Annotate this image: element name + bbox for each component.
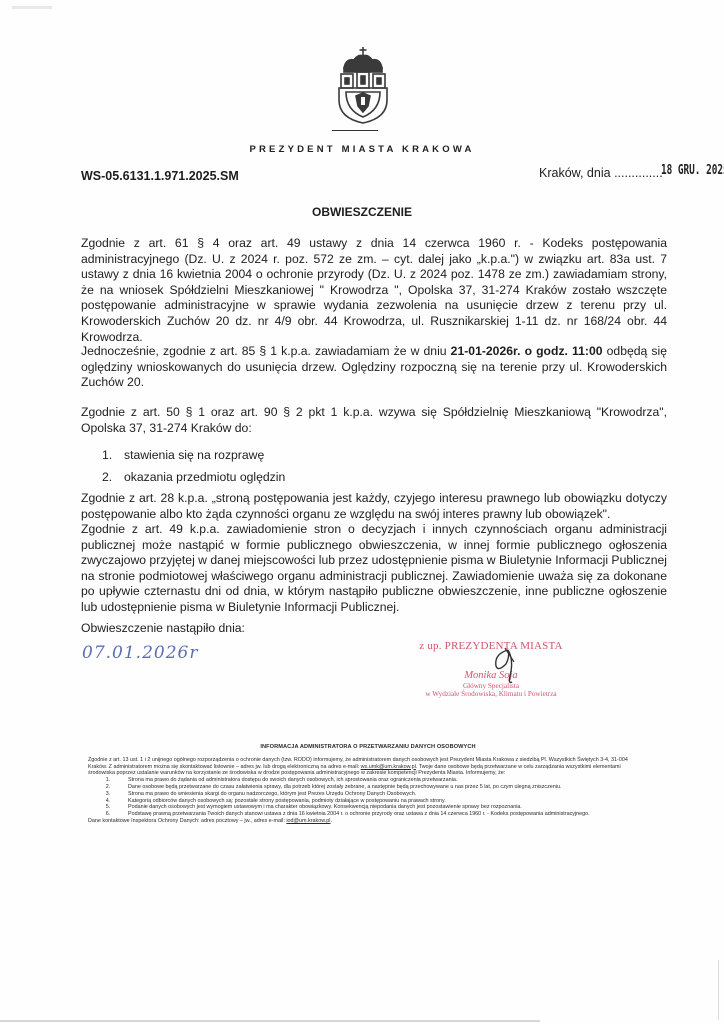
date-stamp: 18 GRU. 2025 xyxy=(661,163,724,178)
paragraph-text: Zgodnie z art. 49 k.p.a. zawiadomienie s… xyxy=(81,522,667,616)
text-span: . xyxy=(330,818,332,824)
item-text: Strona ma prawo do żądania od administra… xyxy=(128,777,648,784)
item-number: 3. xyxy=(88,791,128,798)
list-text: okazania przedmiotu oględzin xyxy=(124,470,285,484)
posted-label: Obwieszczenie nastąpiło dnia: xyxy=(81,621,667,637)
item-text: Kategorią odbiorców danych osobowych są:… xyxy=(128,798,648,805)
scan-edge xyxy=(718,960,719,1020)
institution-name: PREZYDENT MIASTA KRAKOWA xyxy=(0,144,724,155)
item-number: 5. xyxy=(88,804,128,811)
list-text: stawienia się na rozprawę xyxy=(124,448,264,462)
dpo-email-link[interactable]: iod@um.krakow.pl xyxy=(286,818,330,824)
gdpr-item: 6.Podstawę prawną przetwarzania Twoich d… xyxy=(88,811,648,818)
list-item: 2.okazania przedmiotu oględzin xyxy=(102,470,285,484)
paragraph-text: Zgodnie z art. 61 § 4 oraz art. 49 ustaw… xyxy=(81,236,667,345)
item-text: Dane osobowe będą przetwarzane do czasu … xyxy=(128,784,648,791)
document-page: PREZYDENT MIASTA KRAKOWA WS-05.6131.1.97… xyxy=(0,0,724,1024)
scan-edge xyxy=(0,1020,540,1022)
item-number: 4. xyxy=(88,798,128,805)
gdpr-item: 4.Kategorią odbiorców danych osobowych s… xyxy=(88,798,648,805)
item-text: Podanie danych osobowych jest wymogiem u… xyxy=(128,804,648,811)
paragraph-initiation: Zgodnie z art. 61 § 4 oraz art. 49 ustaw… xyxy=(81,236,667,345)
gdpr-dpo-contact: Dane kontaktowe Inspektora Ochrony Danyc… xyxy=(88,818,648,825)
paragraph-text: Jednocześnie, zgodnie z art. 85 § 1 k.p.… xyxy=(81,344,667,391)
gdpr-item: 1.Strona ma prawo do żądania od administ… xyxy=(88,777,648,784)
header-rule xyxy=(332,130,378,131)
gdpr-item: 5.Podanie danych osobowych jest wymogiem… xyxy=(88,804,648,811)
inspection-datetime: 21-01-2026r. o godz. 11:00 xyxy=(451,344,603,358)
paragraph-inspection: Jednocześnie, zgodnie z art. 85 § 1 k.p.… xyxy=(81,344,667,391)
gdpr-information: INFORMACJA ADMINISTRATORA O PRZETWARZANI… xyxy=(88,744,648,825)
scan-artifact xyxy=(12,6,52,9)
place-and-date: Kraków, dnia ..............18 GRU. 2025 xyxy=(539,166,724,181)
item-text: Strona ma prawo do wniesienia skargi do … xyxy=(128,791,648,798)
item-number: 1. xyxy=(88,777,128,784)
paragraph-text: Obwieszczenie nastąpiło dnia: xyxy=(81,621,667,637)
place-label: Kraków, dnia xyxy=(539,166,611,180)
paragraph-notification: Zgodnie z art. 49 k.p.a. zawiadomienie s… xyxy=(81,522,667,616)
list-number: 1. xyxy=(102,448,124,462)
date-dots: .............. xyxy=(614,166,663,180)
paragraph-text: Zgodnie z art. 50 § 1 oraz art. 90 § 2 p… xyxy=(81,405,667,436)
handwritten-posted-date: 07.01.2026r xyxy=(82,643,198,663)
document-title: OBWIESZCZENIE xyxy=(0,205,724,219)
krakow-coat-of-arms-icon xyxy=(328,46,398,124)
item-text: Podstawę prawną przetwarzania Twoich dan… xyxy=(128,811,648,818)
gdpr-item: 3.Strona ma prawo do wniesienia skargi d… xyxy=(88,791,648,798)
text-span: Jednocześnie, zgodnie z art. 85 § 1 k.p.… xyxy=(81,344,451,358)
item-number: 6. xyxy=(88,811,128,818)
list-number: 2. xyxy=(102,470,124,484)
gdpr-item: 2.Dane osobowe będą przetwarzane do czas… xyxy=(88,784,648,791)
handwritten-signature xyxy=(488,646,518,686)
paragraph-summons: Zgodnie z art. 50 § 1 oraz art. 90 § 2 p… xyxy=(81,405,667,436)
paragraph-party-definition: Zgodnie z art. 28 k.p.a. „stroną postępo… xyxy=(81,491,667,522)
gdpr-title: INFORMACJA ADMINISTRATORA O PRZETWARZANI… xyxy=(88,744,648,751)
reference-number: WS-05.6131.1.971.2025.SM xyxy=(81,169,239,183)
gdpr-list: 1.Strona ma prawo do żądania od administ… xyxy=(88,777,648,818)
text-span: Dane kontaktowe Inspektora Ochrony Danyc… xyxy=(88,818,286,824)
item-number: 2. xyxy=(88,784,128,791)
gdpr-intro: Zgodnie z art. 13 ust. 1 i 2 unijnego og… xyxy=(88,757,648,777)
list-item: 1.stawienia się na rozprawę xyxy=(102,448,264,462)
stamp-department: w Wydziale Środowiska, Klimatu i Powietr… xyxy=(396,690,586,698)
paragraph-text: Zgodnie z art. 28 k.p.a. „stroną postępo… xyxy=(81,491,667,522)
email-link[interactable]: ws.umk@um.krakow.pl xyxy=(361,764,416,770)
